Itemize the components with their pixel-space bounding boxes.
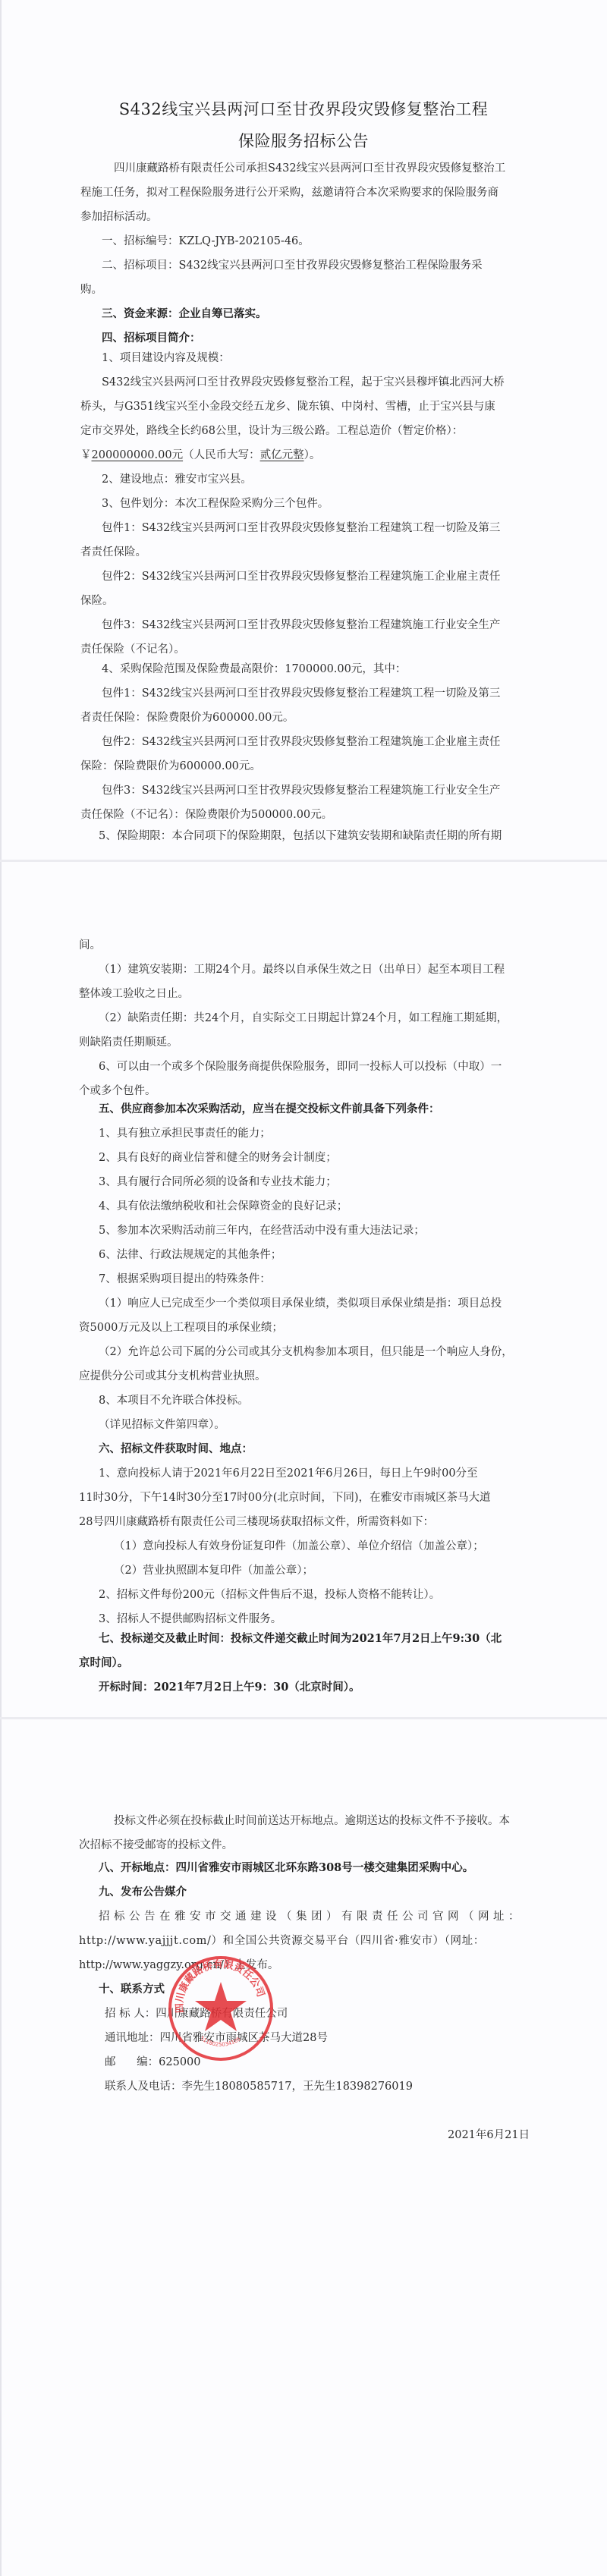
obtain-line: 11时30分，下午14时30分至17时00分(北京时间，下同)，在雅安市雨城区茶…	[79, 1490, 491, 1505]
package-1-cont: 者责任保险。	[80, 545, 146, 560]
svg-text:5118025034105: 5118025034105	[199, 2035, 241, 2048]
media-link-line[interactable]: http://www.yajjjt.com/）和全国公共资源交易平台（四川省·雅…	[79, 1933, 485, 1949]
period-construction-cont: 整体竣工验收之日止。	[79, 986, 189, 1002]
condition-item: 6、法律、行政法规规定的其他条件；	[99, 1247, 281, 1263]
section-fund-source: 三、资金来源：企业自筹已落实。	[102, 307, 267, 322]
item-location: 2、建设地点：雅安市宝兴县。	[102, 472, 252, 487]
cost-in-words: 贰亿元整	[260, 449, 304, 461]
section-obtain-documents: 六、招标文件获取时间、地点：	[99, 1442, 253, 1457]
condition-item: 5、参加本次采购活动前三年内，在经营活动中没有重大违法记录；	[99, 1223, 425, 1238]
package-2-cont: 保险。	[80, 593, 114, 609]
package-limit-1-cont: 者责任保险：保险费限价为600000.00元。	[80, 710, 294, 725]
special-condition-2-cont: 应提供分公司或其分支机构营业执照。	[79, 1369, 266, 1384]
section-contact: 十、联系方式	[99, 1982, 165, 1997]
obtain-requirement-1: （1）意向投标人有效身份证复印件（加盖公章）、单位介绍信（加盖公章）；	[114, 1539, 484, 1554]
section-supplier-conditions: 五、供应商参加本次采购活动，应当在提交投标文件前具备下列条件：	[99, 1102, 440, 1117]
item-scope-line: S432线宝兴县两河口至甘孜界段灾毁修复整治工程，起于宝兴县穆坪镇北西河大桥	[102, 375, 505, 390]
package-3-cont: 责任保险（不记名）。	[80, 642, 185, 657]
item-scope-heading: 1、项目建设内容及规模：	[102, 351, 230, 366]
section-submission-deadline-cont: 京时间）。	[79, 1656, 128, 1671]
opening-time: 开标时间：2021年7月2日上午9：30（北京时间）。	[99, 1680, 360, 1695]
condition-item: 4、具有依法缴纳税收和社会保障资金的良好记录；	[99, 1199, 348, 1214]
item-packages: 3、包件划分：本次工程保险采购分三个包件。	[102, 496, 329, 511]
section-opening-location: 八、开标地点：四川省雅安市雨城区北环东路308号一楼交建集团采购中心。	[99, 1860, 473, 1876]
period-defect-cont: 则缺陷责任期顺延。	[79, 1035, 178, 1050]
package-2: 包件2：S432线宝兴县两河口至甘孜界段灾毁修复整治工程建筑施工企业雇主责任	[102, 569, 500, 584]
page-divider	[0, 860, 607, 862]
obtain-line: 28号四川康藏路桥有限责任公司三楼现场获取招标文件，所需资料如下：	[79, 1514, 434, 1530]
media-line: 招标公告在雅安市交通建设（集团）有限责任公司官网（网址：	[99, 1909, 524, 1924]
obtain-fee: 2、招标文件每份200元（招标文件售后不退，投标人资格不能转让）。	[99, 1587, 440, 1603]
section-bid-project-cont: 购。	[80, 282, 102, 297]
intro-line: 程施工任务，拟对工程保险服务进行公开采购，兹邀请符合本次采购要求的保险服务商	[80, 185, 498, 200]
item-insurance-period: 5、保险期限：本合同项下的保险期限，包括以下建筑安装期和缺陷责任期的所有期	[99, 829, 502, 844]
item-multi-provider: 6、可以由一个或多个保险服务商提供保险服务，即同一投标人可以投标（中取）一	[99, 1059, 502, 1074]
obtain-line: 1、意向投标人请于2021年6月22日至2021年6月26日，每日上午9时00分…	[99, 1466, 478, 1481]
special-condition-1-cont: 资5000万元及以上工程项目的承保业绩；	[79, 1320, 283, 1335]
star-icon: 四川康藏路桥有限责任公司 5118025034105	[171, 1959, 270, 2058]
item-scope-line: 桥头，与G351线宝兴至小金段交经五龙乡、陇东镇、中岗村、雪槽，止于宝兴县与康	[80, 399, 495, 414]
special-condition-1: （1）响应人已完成至少一个类似项目承保业绩，类似项目承保业绩是指：项目总投	[99, 1296, 502, 1311]
package-limit-3: 包件3：S432线宝兴县两河口至甘孜界段灾毁修复整治工程建筑施工行业安全生产	[102, 783, 500, 798]
section-bid-number: 一、招标编号：KZLQ-JYB-202105-46。	[102, 234, 310, 249]
currency-symbol: ￥	[80, 449, 92, 461]
late-notice: 投标文件必须在投标截止时间前送达开标地点。逾期送达的投标文件不予接收。本	[114, 1813, 510, 1829]
intro-line: 四川康藏路桥有限责任公司承担S432线宝兴县两河口至甘孜界段灾毁修复整治工	[114, 161, 505, 176]
document-title: S432线宝兴县两河口至甘孜界段灾毁修复整治工程	[0, 97, 607, 120]
item-multi-provider-cont: 个或多个包件。	[79, 1084, 156, 1099]
package-limit-1: 包件1：S432线宝兴县两河口至甘孜界段灾毁修复整治工程建筑工程一切险及第三	[102, 686, 500, 701]
obtain-no-mail: 3、招标人不提供邮购招标文件服务。	[99, 1612, 281, 1627]
item-price-limit: 4、采购保险范围及保险费最高限价：1700000.00元，其中：	[102, 662, 406, 677]
section-project-intro: 四、招标项目简介：	[102, 331, 201, 346]
total-cost-line: ￥200000000.00元（人民币大写：贰亿元整）。	[80, 448, 320, 463]
section-media: 九、发布公告媒介	[99, 1885, 187, 1900]
late-notice-cont: 次招标不接受邮寄的投标文件。	[79, 1838, 233, 1853]
package-3: 包件3：S432线宝兴县两河口至甘孜界段灾毁修复整治工程建筑施工行业安全生产	[102, 618, 500, 633]
issue-date: 2021年6月21日	[448, 2128, 530, 2143]
intro-line: 参加招标活动。	[80, 209, 158, 225]
section-submission-deadline: 七、投标递交及截止时间：投标文件递交截止时间为2021年7月2日上午9:30（北	[99, 1631, 502, 1647]
item-scope-line: 定市交界处，路线全长约68公里，设计为三级公路。工程总造价（暂定价格）：	[80, 423, 463, 439]
special-condition-2: （2）允许总公司下属的分公司或其分支机构参加本项目，但只能是一个响应人身份，	[99, 1345, 513, 1360]
obtain-requirement-2: （2）营业执照副本复印件（加盖公章）；	[114, 1563, 313, 1578]
condition-item: 7、根据采购项目提出的特殊条件：	[99, 1272, 271, 1287]
package-limit-2: 包件2：S432线宝兴县两河口至甘孜界段灾毁修复整治工程建筑施工企业雇主责任	[102, 734, 500, 750]
package-limit-3-cont: 责任保险（不记名）：保险费限价为500000.00元。	[80, 807, 332, 822]
package-1: 包件1：S432线宝兴县两河口至甘孜界段灾毁修复整治工程建筑工程一切险及第三	[102, 521, 500, 536]
document-subtitle: 保险服务招标公告	[0, 129, 607, 152]
item-insurance-period-cont: 间。	[79, 938, 101, 953]
condition-no-consortium: 8、本项目不允许联合体投标。	[99, 1393, 249, 1408]
package-limit-2-cont: 保险：保险费限价为600000.00元。	[80, 759, 261, 774]
cost-suffix: ）。	[304, 449, 321, 461]
section-bid-project: 二、招标项目：S432线宝兴县两河口至甘孜界段灾毁修复整治工程保险服务采	[102, 258, 483, 273]
official-seal-stamp: 四川康藏路桥有限责任公司 5118025034105	[168, 1956, 273, 2061]
contact-people: 联系人及电话：李先生18080585717，王先生18398276019	[105, 2079, 413, 2094]
page-divider	[0, 1717, 607, 1719]
condition-item: 2、具有良好的商业信誉和健全的财务会计制度；	[99, 1150, 337, 1165]
condition-note: （详见招标文件第四章）。	[99, 1417, 225, 1433]
cost-amount: 200000000.00元	[92, 449, 184, 461]
period-defect: （2）缺陷责任期：共24个月，自实际交工日期起计算24个月，如工程施工期延期，	[99, 1011, 508, 1026]
condition-item: 3、具有履行合同所必须的设备和专业技术能力；	[99, 1175, 337, 1190]
period-construction: （1）建筑安装期：工期24个月。最终以自承保生效之日（出单日）起至本项目工程	[99, 962, 505, 977]
condition-item: 1、具有独立承担民事责任的能力；	[99, 1126, 271, 1141]
cost-label: （人民币大写：	[183, 449, 260, 461]
